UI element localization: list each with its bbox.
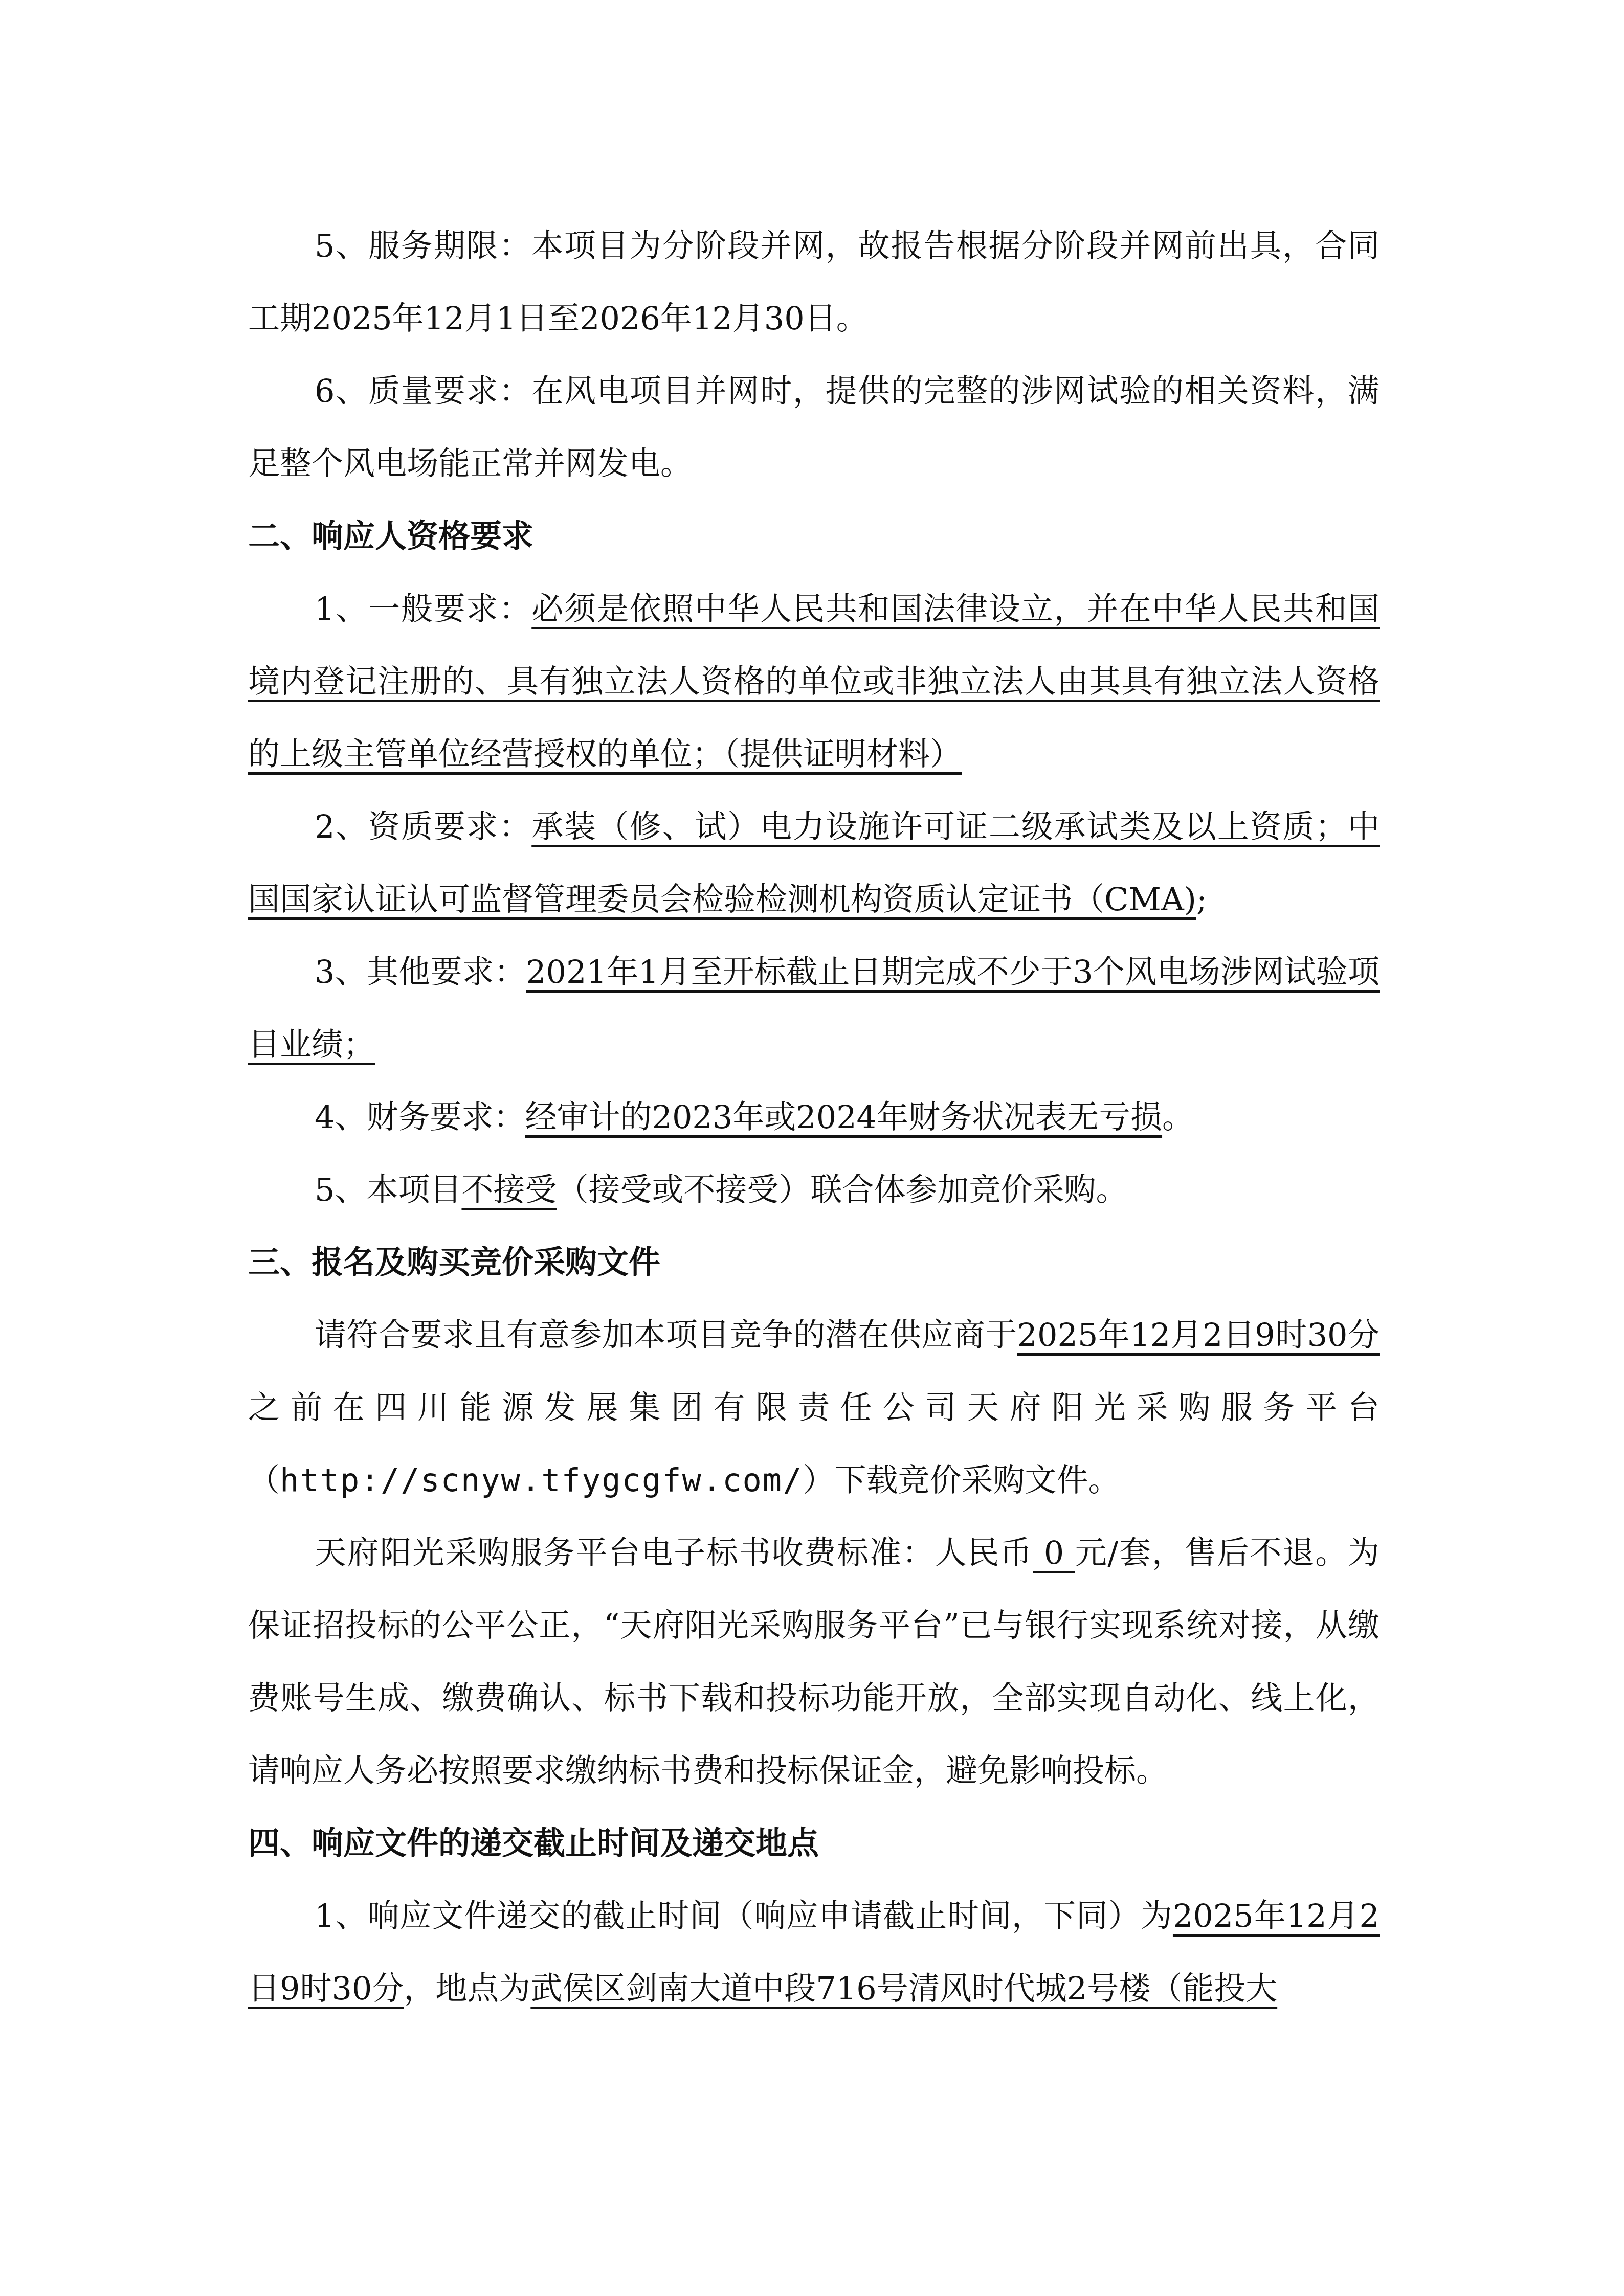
requirement-label: 3、其他要求： [315,953,526,991]
quality-label: 6、质量要求： [315,372,531,410]
registration-suffix: ）下载竞价采购文件。 [803,1461,1120,1499]
section-heading-registration: 三、报名及购买竞价采购文件 [248,1226,1380,1299]
service-period-paragraph: 5、服务期限：本项目为分阶段并网，故报告根据分阶段并网前出具，合同工期2025年… [248,210,1380,355]
submission-middle: ，地点为 [404,1970,530,2007]
requirement-label: 2、资质要求： [315,808,531,845]
requirement-underlined-text: 经审计的2023年或2024年财务状况表无亏损 [525,1098,1162,1136]
requirement-tail: 。 [1162,1098,1194,1136]
registration-prefix: 请符合要求且有意参加本项目竞争的潜在供应商于 [315,1316,1017,1354]
document-page: 5、服务期限：本项目为分阶段并网，故报告根据分阶段并网前出具，合同工期2025年… [248,210,1380,2025]
submission-prefix: 1、响应文件递交的截止时间（响应申请截止时间，下同）为 [315,1897,1173,1934]
consortium-choice: 不接受 [461,1171,557,1208]
submission-location: 武侯区剑南大道中段716号清风时代城2号楼（能投大 [530,1970,1277,2007]
fee-prefix: 天府阳光采购服务平台电子标书收费标准：人民币 [315,1534,1033,1571]
consortium-prefix: 5、本项目 [315,1171,461,1208]
section-heading-submission: 四、响应文件的递交截止时间及递交地点 [248,1807,1380,1880]
consortium-suffix: （接受或不接受）联合体参加竞价采购。 [557,1171,1127,1208]
fee-suffix: 元/套，售后不退。为保证招投标的公平公正，“天府阳光采购服务平台”已与银行实现系… [248,1534,1380,1789]
section-heading-qualifications: 二、响应人资格要求 [248,500,1380,573]
registration-deadline: 2025年12月2日9时30分 [1017,1316,1380,1354]
requirement-general: 1、一般要求：必须是依照中华人民共和国法律设立，并在中华人民共和国境内登记注册的… [248,573,1380,791]
fee-amount: 0 [1033,1534,1075,1571]
requirement-label: 1、一般要求： [315,590,531,627]
requirement-consortium: 5、本项目不接受（接受或不接受）联合体参加竞价采购。 [248,1154,1380,1226]
requirement-financial: 4、财务要求：经审计的2023年或2024年财务状况表无亏损。 [248,1081,1380,1154]
quality-paragraph: 6、质量要求：在风电项目并网时，提供的完整的涉网试验的相关资料，满足整个风电场能… [248,355,1380,500]
fee-paragraph: 天府阳光采购服务平台电子标书收费标准：人民币 0 元/套，售后不退。为保证招投标… [248,1517,1380,1807]
service-period-label: 5、服务期限： [315,227,531,264]
requirement-other: 3、其他要求：2021年1月至开标截止日期完成不少于3个风电场涉网试验项目业绩； [248,936,1380,1081]
platform-url-link[interactable]: http://scnyw.tfygcgfw.com/ [280,1461,803,1499]
submission-paragraph: 1、响应文件递交的截止时间（响应申请截止时间，下同）为2025年12月2日9时3… [248,1880,1380,2025]
requirement-tail: ; [1196,881,1207,918]
requirement-label: 4、财务要求： [315,1098,525,1136]
requirement-qualification: 2、资质要求：承装（修、试）电力设施许可证二级承试类及以上资质；中国国家认证认可… [248,791,1380,936]
registration-paragraph: 请符合要求且有意参加本项目竞争的潜在供应商于2025年12月2日9时30分之前在… [248,1299,1380,1517]
